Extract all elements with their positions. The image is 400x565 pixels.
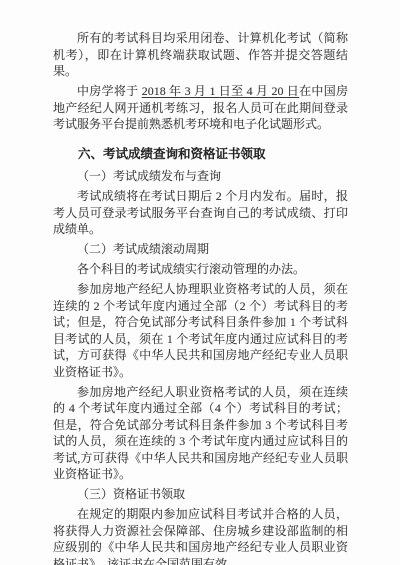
document-page: 所有的考试科目均采用闭卷、计算机化考试（简称机考），即在计算机终端获取试题、作答… [0,0,400,565]
paragraph-rolling-management: 各个科目的考试成绩实行滚动管理的办法。 [53,261,348,278]
paragraph-broker-exam-cycle: 参加房地产经纪人职业资格考试的人员，须在连续的 4 个考试年度内通过全部（4 个… [53,384,348,483]
subsection-heading-1: （一）考试成绩发布与查询 [53,168,348,185]
subsection-heading-3: （三）资格证书领取 [53,486,348,503]
paragraph-exam-format: 所有的考试科目均采用闭卷、计算机化考试（简称机考），即在计算机终端获取试题、作答… [53,30,348,80]
paragraph-score-release: 考试成绩将在考试日期后 2 个月内发布。届时，报考人员可登录考试服务平台查询自己… [53,188,348,238]
paragraph-practice-period: 中房学将于 2018 年 3 月 1 日至 4 月 20 日在中国房地产经纪人网… [53,83,348,133]
paragraph-associate-exam-cycle: 参加房地产经纪人协理职业资格考试的人员，须在连续的 2 个考试年度内通过全部（2… [53,281,348,380]
underlined-date-range: 2018 年 3 月 1 日至 4 月 20 日 [142,84,299,98]
subsection-heading-2: （二）考试成绩滚动周期 [53,241,348,258]
paragraph-text-prefix: 中房学将于 [77,84,142,98]
paragraph-certificate-collection: 在规定的期限内参加应试科目考试并合格的人员，将获得人力资源社会保障部、住房城乡建… [53,506,348,565]
section-heading: 六、考试成绩查询和资格证书领取 [53,146,348,163]
